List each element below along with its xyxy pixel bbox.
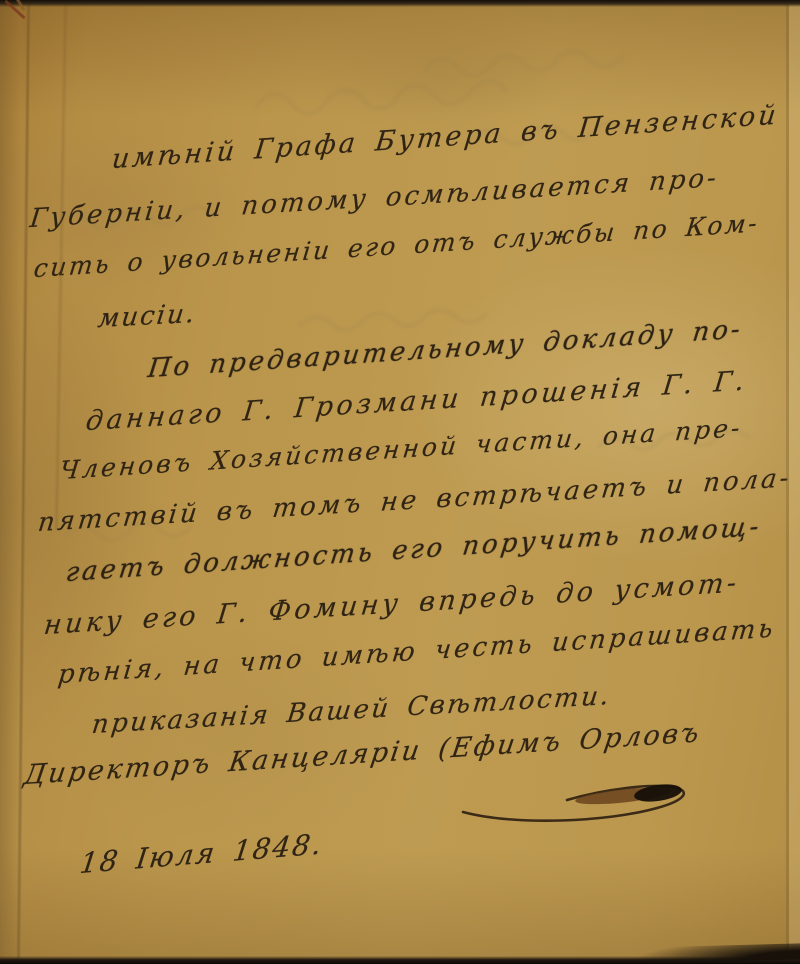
manuscript-line: имѣній Графа Бутера въ Пензенской: [111, 102, 781, 174]
photo-top-edge: [0, 0, 800, 7]
signature-flourish: [455, 780, 705, 830]
manuscript-line: мисіи.: [96, 301, 197, 332]
page-right-edge: [789, 0, 800, 964]
manuscript-photo: имѣній Графа Бутера въ Пензенской Губерн…: [0, 0, 800, 964]
date-line: 18 Іюля 1848.: [78, 830, 325, 878]
